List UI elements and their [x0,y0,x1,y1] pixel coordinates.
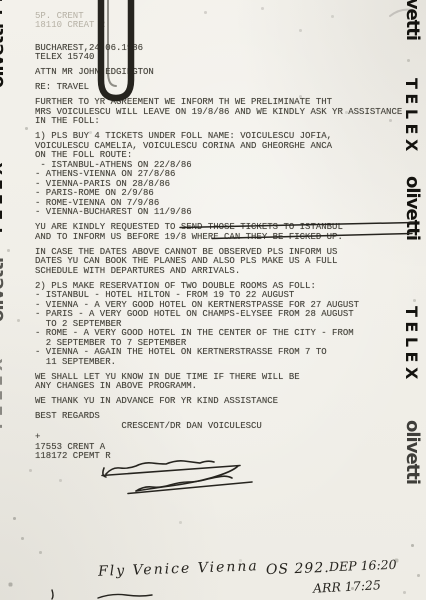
telex-line: 11 SEPTEMBER. [35,358,415,368]
handwriting-flight-note: Fly Venice Vienna [98,558,259,580]
telex-paragraph: 2) PLS MAKE RESERVATION OF TWO DOUBLE RO… [35,282,415,368]
telex-line: ANY CHANGES IN ABOVE PROGRAMM. [35,382,415,392]
paper-edge-branding-left: TELEXolivettiTELEXolivettiTELEX [0,0,14,600]
telex-paragraph: WE THANK YU IN ADVANCE FOR YR KIND ASSIS… [35,397,415,407]
telex-paragraph: ATTN MR JOHN EDGINGTON [35,68,415,78]
brand-word-telex: TELEX [0,354,6,432]
telex-line: 118172 CPEMT R [35,452,415,462]
telex-line: AND TO INFORM US BEFORE 19/8 WHERE CAN T… [35,233,415,243]
telex-paragraph: RE: TRAVEL [35,83,415,93]
telex-message-body: 5P. CRENT18110 CREAT RBUCHAREST,24.06.19… [35,6,415,462]
telex-line: CRESCENT/DR DAN VOICULESCU [35,422,415,432]
telex-line: RE: TRAVEL [35,83,415,93]
telex-paragraph: BEST REGARDS CRESCENT/DR DAN VOICULESCU [35,412,415,431]
handwriting-departure-time: DEP 16:20 [329,557,397,574]
telex-line: SCHEDULE WITH DEPARTURES AND ARRIVALS. [35,267,415,277]
telex-paragraph: IN CASE THE DATES ABOVE CANNOT BE OBSERV… [35,248,415,277]
signature-scribble [102,461,252,494]
telex-line: ATTN MR JOHN EDGINGTON [35,68,415,78]
telex-line: TELEX 15740 [35,53,415,63]
telex-paragraph: YU ARE KINDLY REQUESTED TO SEND THOSE TI… [35,223,415,242]
telex-line: WE THANK YU IN ADVANCE FOR YR KIND ASSIS… [35,397,415,407]
telex-paragraph: BUCHAREST,24.06.1986TELEX 15740 [35,44,415,63]
brand-word-telex: TELEX [0,158,6,236]
telex-document-page: TELEXolivettiTELEXolivettiTELEX olivetti… [0,0,426,600]
brand-word-telex: TELEX [0,0,6,18]
telex-line: IN THE FOLL: [35,117,415,127]
handwriting-arrival-time: ARR 17:25 [313,577,382,596]
telex-paragraph: +17553 CRENT A118172 CPEMT R [35,433,415,462]
telex-paragraph: 5P. CRENT18110 CREAT R [35,12,415,31]
telex-paragraph: FURTHER TO YR AGREEMENT WE INFORM TH WE … [35,98,415,127]
brand-word-olivetti: olivetti [0,258,8,322]
telex-line: 18110 CREAT R [35,21,415,31]
telex-line: - VIENNA-BUCHAREST ON 11/9/86 [35,208,415,218]
pen-marks-bottom-edge [52,590,152,599]
telex-paragraph: 1) PLS BUY 4 TICKETS UNDER FOLL NAME: VO… [35,132,415,218]
brand-word-olivetti: olivetti [0,24,8,88]
telex-paragraph: WE SHALL LET YU KNOW IN DUE TIME IF THER… [35,373,415,392]
handwriting-flight-number: OS 292. [266,560,330,578]
